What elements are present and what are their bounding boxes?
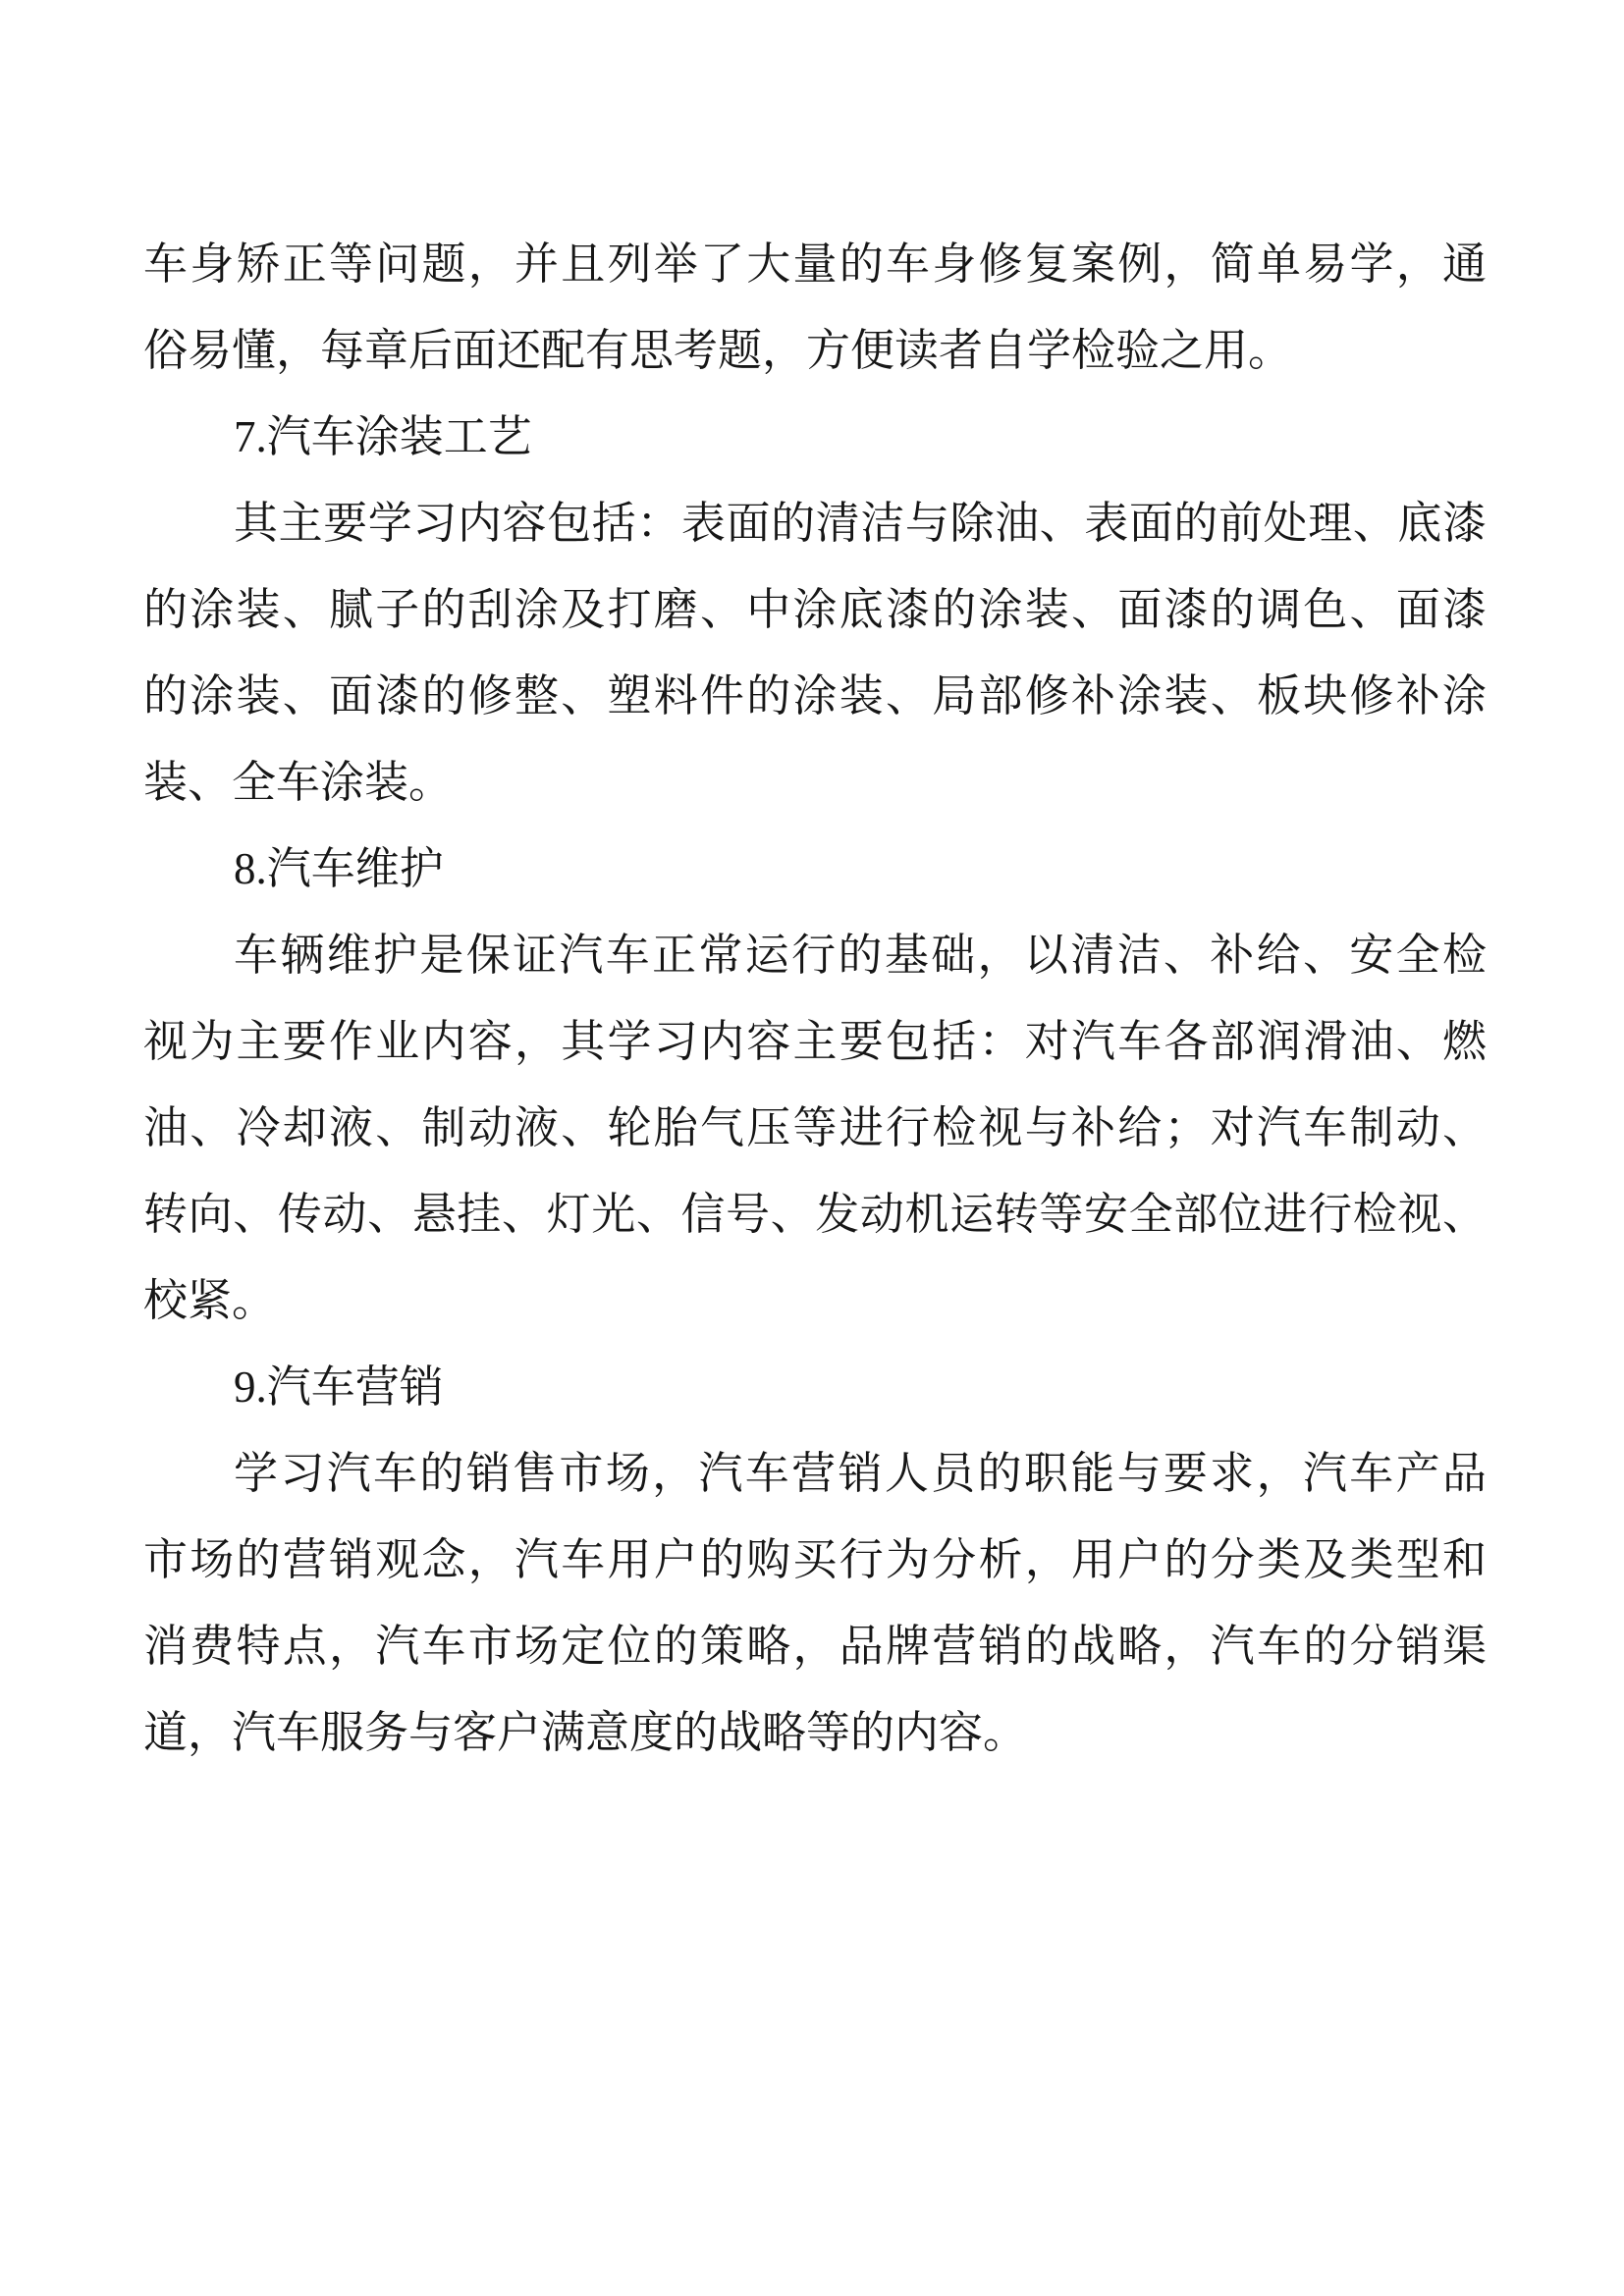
document-page: 车身矫正等问题，并且列举了大量的车身修复案例，简单易学，通 俗易懂，每章后面还配… xyxy=(0,0,1624,2296)
text-line: 视为主要作业内容，其学习内容主要包括：对汽车各部润滑油、燃 xyxy=(143,998,1487,1085)
text-line: 俗易懂，每章后面还配有思考题，方便读者自学检验之用。 xyxy=(143,307,1487,394)
text-line: 车辆维护是保证汽车正常运行的基础，以清洁、补给、安全检 xyxy=(143,912,1487,998)
text-line: 校紧。 xyxy=(143,1257,1487,1344)
text-line: 其主要学习内容包括：表面的清洁与除油、表面的前处理、底漆 xyxy=(143,480,1487,566)
text-line: 消费特点，汽车市场定位的策略，品牌营销的战略，汽车的分销渠 xyxy=(143,1603,1487,1689)
text-line: 市场的营销观念，汽车用户的购买行为分析，用户的分类及类型和 xyxy=(143,1517,1487,1603)
text-line: 学习汽车的销售市场，汽车营销人员的职能与要求，汽车产品 xyxy=(143,1430,1487,1517)
text-line: 装、全车涂装。 xyxy=(143,739,1487,826)
text-line: 车身矫正等问题，并且列举了大量的车身修复案例，简单易学，通 xyxy=(143,221,1487,307)
text-block: 车身矫正等问题，并且列举了大量的车身修复案例，简单易学，通 俗易懂，每章后面还配… xyxy=(143,221,1487,1776)
text-line: 道，汽车服务与客户满意度的战略等的内容。 xyxy=(143,1689,1487,1776)
section-heading-8: 8.汽车维护 xyxy=(143,826,1487,912)
text-line: 的涂装、腻子的刮涂及打磨、中涂底漆的涂装、面漆的调色、面漆 xyxy=(143,566,1487,653)
text-line: 油、冷却液、制动液、轮胎气压等进行检视与补给；对汽车制动、 xyxy=(143,1085,1487,1171)
section-heading-9: 9.汽车营销 xyxy=(143,1344,1487,1430)
text-line: 转向、传动、悬挂、灯光、信号、发动机运转等安全部位进行检视、 xyxy=(143,1171,1487,1257)
text-line: 的涂装、面漆的修整、塑料件的涂装、局部修补涂装、板块修补涂 xyxy=(143,653,1487,739)
section-heading-7: 7.汽车涂装工艺 xyxy=(143,394,1487,480)
